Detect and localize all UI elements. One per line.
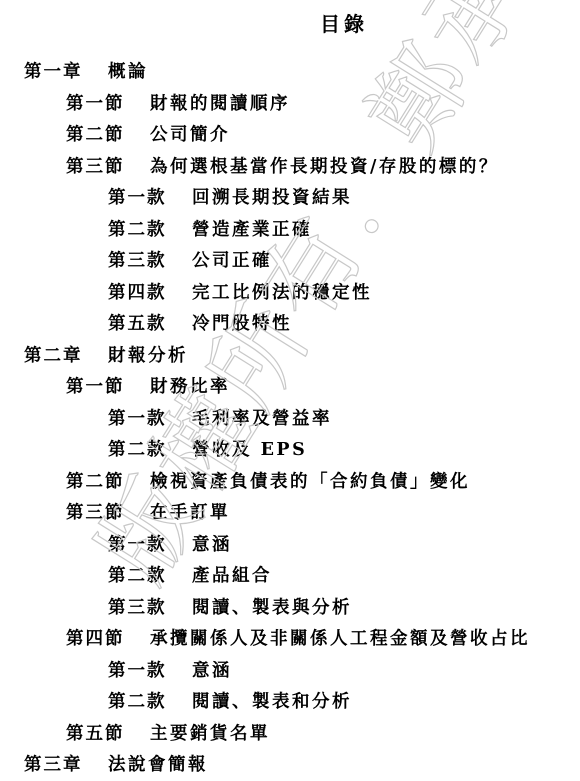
toc-number: 第三節 <box>66 153 150 185</box>
toc-item-clause[interactable]: 第一款回溯長期投資結果 <box>24 184 530 216</box>
toc-text: 產品組合 <box>192 562 272 594</box>
toc-text: 冷門股特性 <box>192 310 292 342</box>
toc-item-clause[interactable]: 第二款營收及 EPS <box>24 436 530 468</box>
toc-item-clause[interactable]: 第一款毛利率及營益率 <box>24 405 530 437</box>
toc-number: 第一款 <box>108 184 192 216</box>
toc-text: 財報的閱讀順序 <box>150 90 290 122</box>
toc-number: 第二款 <box>108 688 192 720</box>
toc-item-section[interactable]: 第三節在手訂單 <box>24 499 530 531</box>
toc-number: 第一款 <box>108 531 192 563</box>
toc-number: 第三節 <box>66 499 150 531</box>
toc-item-chapter[interactable]: 第二章財報分析 <box>24 342 530 374</box>
toc-number: 第二款 <box>108 216 192 248</box>
toc-text: 為何選根基當作長期投資/存股的標的？ <box>150 153 499 185</box>
toc-item-section[interactable]: 第三節為何選根基當作長期投資/存股的標的？ <box>24 153 530 185</box>
toc-number: 第一款 <box>108 405 192 437</box>
toc-text: 營收及 EPS <box>192 436 307 468</box>
toc-number: 第一款 <box>108 657 192 689</box>
toc-item-clause[interactable]: 第二款閱讀、製表和分析 <box>24 688 530 720</box>
toc-item-clause[interactable]: 第三款公司正確 <box>24 247 530 279</box>
table-of-contents: 第一章概論 第一節財報的閱讀順序 第二節公司簡介 第三節為何選根基當作長期投資/… <box>24 58 530 781</box>
toc-number: 第二節 <box>66 468 150 500</box>
toc-number: 第二節 <box>66 121 150 153</box>
toc-text: 回溯長期投資結果 <box>192 184 352 216</box>
toc-item-clause[interactable]: 第三款閱讀、製表與分析 <box>24 594 530 626</box>
toc-text: 營造產業正確 <box>192 216 312 248</box>
toc-item-section[interactable]: 第一節財報的閱讀順序 <box>24 90 530 122</box>
toc-item-clause[interactable]: 第一款意涵 <box>24 531 530 563</box>
toc-item-clause[interactable]: 第五款冷門股特性 <box>24 310 530 342</box>
toc-number: 第五款 <box>108 310 192 342</box>
toc-number: 第三章 <box>24 751 108 781</box>
toc-item-clause[interactable]: 第四款完工比例法的穩定性 <box>24 279 530 311</box>
toc-item-chapter[interactable]: 第一章概論 <box>24 58 530 90</box>
toc-text: 完工比例法的穩定性 <box>192 279 372 311</box>
toc-number: 第一節 <box>66 90 150 122</box>
toc-text: 檢視資產負債表的「合約負債」變化 <box>150 468 470 500</box>
toc-text: 公司正確 <box>192 247 272 279</box>
toc-text: 意涵 <box>192 657 232 689</box>
toc-number: 第五節 <box>66 720 150 752</box>
toc-text: 概論 <box>108 58 148 90</box>
toc-text: 財報分析 <box>108 342 188 374</box>
toc-item-section[interactable]: 第四節承攬關係人及非關係人工程金額及營收占比 <box>24 625 530 657</box>
toc-text: 在手訂單 <box>150 499 230 531</box>
toc-text: 承攬關係人及非關係人工程金額及營收占比 <box>150 625 530 657</box>
toc-number: 第三款 <box>108 247 192 279</box>
toc-item-section[interactable]: 第一節財務比率 <box>24 373 530 405</box>
toc-item-clause[interactable]: 第一款意涵 <box>24 657 530 689</box>
toc-number: 第二章 <box>24 342 108 374</box>
toc-number: 第三款 <box>108 594 192 626</box>
page-title: 目錄 <box>0 8 580 37</box>
toc-item-section[interactable]: 第二節公司簡介 <box>24 121 530 153</box>
toc-number: 第一節 <box>66 373 150 405</box>
toc-item-section[interactable]: 第二節檢視資產負債表的「合約負債」變化 <box>24 468 530 500</box>
toc-item-section[interactable]: 第五節主要銷貨名單 <box>24 720 530 752</box>
toc-number: 第一章 <box>24 58 108 90</box>
toc-item-clause[interactable]: 第二款營造產業正確 <box>24 216 530 248</box>
toc-number: 第二款 <box>108 562 192 594</box>
toc-text: 意涵 <box>192 531 232 563</box>
toc-number: 第二款 <box>108 436 192 468</box>
toc-item-chapter[interactable]: 第三章法說會簡報 <box>24 751 530 781</box>
toc-text: 毛利率及營益率 <box>192 405 332 437</box>
toc-text: 公司簡介 <box>150 121 230 153</box>
toc-text: 閱讀、製表和分析 <box>192 688 352 720</box>
toc-text: 閱讀、製表與分析 <box>192 594 352 626</box>
toc-number: 第四節 <box>66 625 150 657</box>
toc-text: 財務比率 <box>150 373 230 405</box>
toc-text: 法說會簡報 <box>108 751 208 781</box>
toc-text: 主要銷貨名單 <box>150 720 270 752</box>
toc-item-clause[interactable]: 第二款產品組合 <box>24 562 530 594</box>
toc-number: 第四款 <box>108 279 192 311</box>
